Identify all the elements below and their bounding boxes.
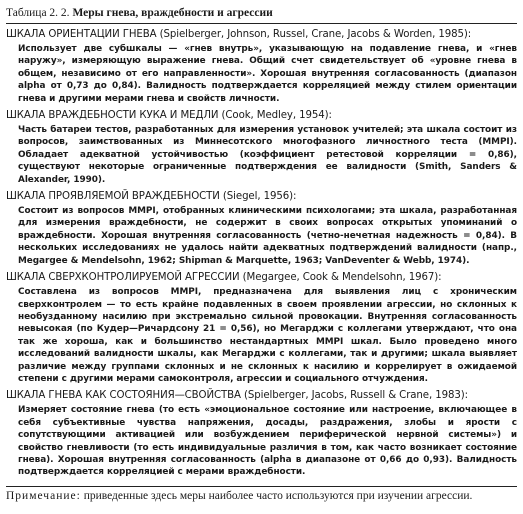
entry-title: ШКАЛА ГНЕВА КАК СОСТОЯНИЯ—СВОЙСТВА (Spie…	[6, 389, 517, 402]
table-caption: Таблица 2. 2. Меры гнева, враждебности и…	[6, 0, 517, 20]
entry-description: Измеряет состояние гнева (то есть «эмоци…	[18, 404, 517, 478]
table-title: Меры гнева, враждебности и агрессии	[72, 7, 272, 19]
entry-description: Составлена из вопросов MMPI, предназначе…	[18, 286, 517, 385]
table-number: Таблица 2. 2.	[6, 7, 70, 19]
table-note: Примечание: приведенные здесь меры наибо…	[6, 489, 517, 503]
top-rule	[6, 23, 517, 24]
entry-anger-orientation-scale: ШКАЛА ОРИЕНТАЦИИ ГНЕВА (Spielberger, Joh…	[6, 28, 517, 105]
document-page: Таблица 2. 2. Меры гнева, враждебности и…	[0, 0, 523, 514]
entry-description: Состоит из вопросов MMPI, отобранных кли…	[18, 205, 517, 267]
note-text: приведенные здесь меры наиболее часто ис…	[84, 490, 473, 502]
entry-title: ШКАЛА ПРОЯВЛЯЕМОЙ ВРАЖДЕБНОСТИ (Siegel, …	[6, 190, 517, 203]
bottom-rule	[6, 486, 517, 487]
entry-title: ШКАЛА СВЕРХКОНТРОЛИРУЕМОЙ АГРЕССИИ (Mega…	[6, 271, 517, 284]
entry-title: ШКАЛА ВРАЖДЕБНОСТИ КУКА И МЕДЛИ (Cook, M…	[6, 109, 517, 122]
note-label: Примечание:	[6, 490, 81, 502]
entry-description: Часть батареи тестов, разработанных для …	[18, 124, 517, 186]
entry-manifest-hostility-scale: ШКАЛА ПРОЯВЛЯЕМОЙ ВРАЖДЕБНОСТИ (Siegel, …	[6, 190, 517, 267]
entry-overcontrolled-hostility-scale: ШКАЛА СВЕРХКОНТРОЛИРУЕМОЙ АГРЕССИИ (Mega…	[6, 271, 517, 385]
entry-state-trait-anger-scale: ШКАЛА ГНЕВА КАК СОСТОЯНИЯ—СВОЙСТВА (Spie…	[6, 389, 517, 478]
entry-cook-medley-hostility-scale: ШКАЛА ВРАЖДЕБНОСТИ КУКА И МЕДЛИ (Cook, M…	[6, 109, 517, 186]
entry-title: ШКАЛА ОРИЕНТАЦИИ ГНЕВА (Spielberger, Joh…	[6, 28, 517, 41]
entry-description: Использует две субшкалы — «гнев внутрь»,…	[18, 43, 517, 105]
